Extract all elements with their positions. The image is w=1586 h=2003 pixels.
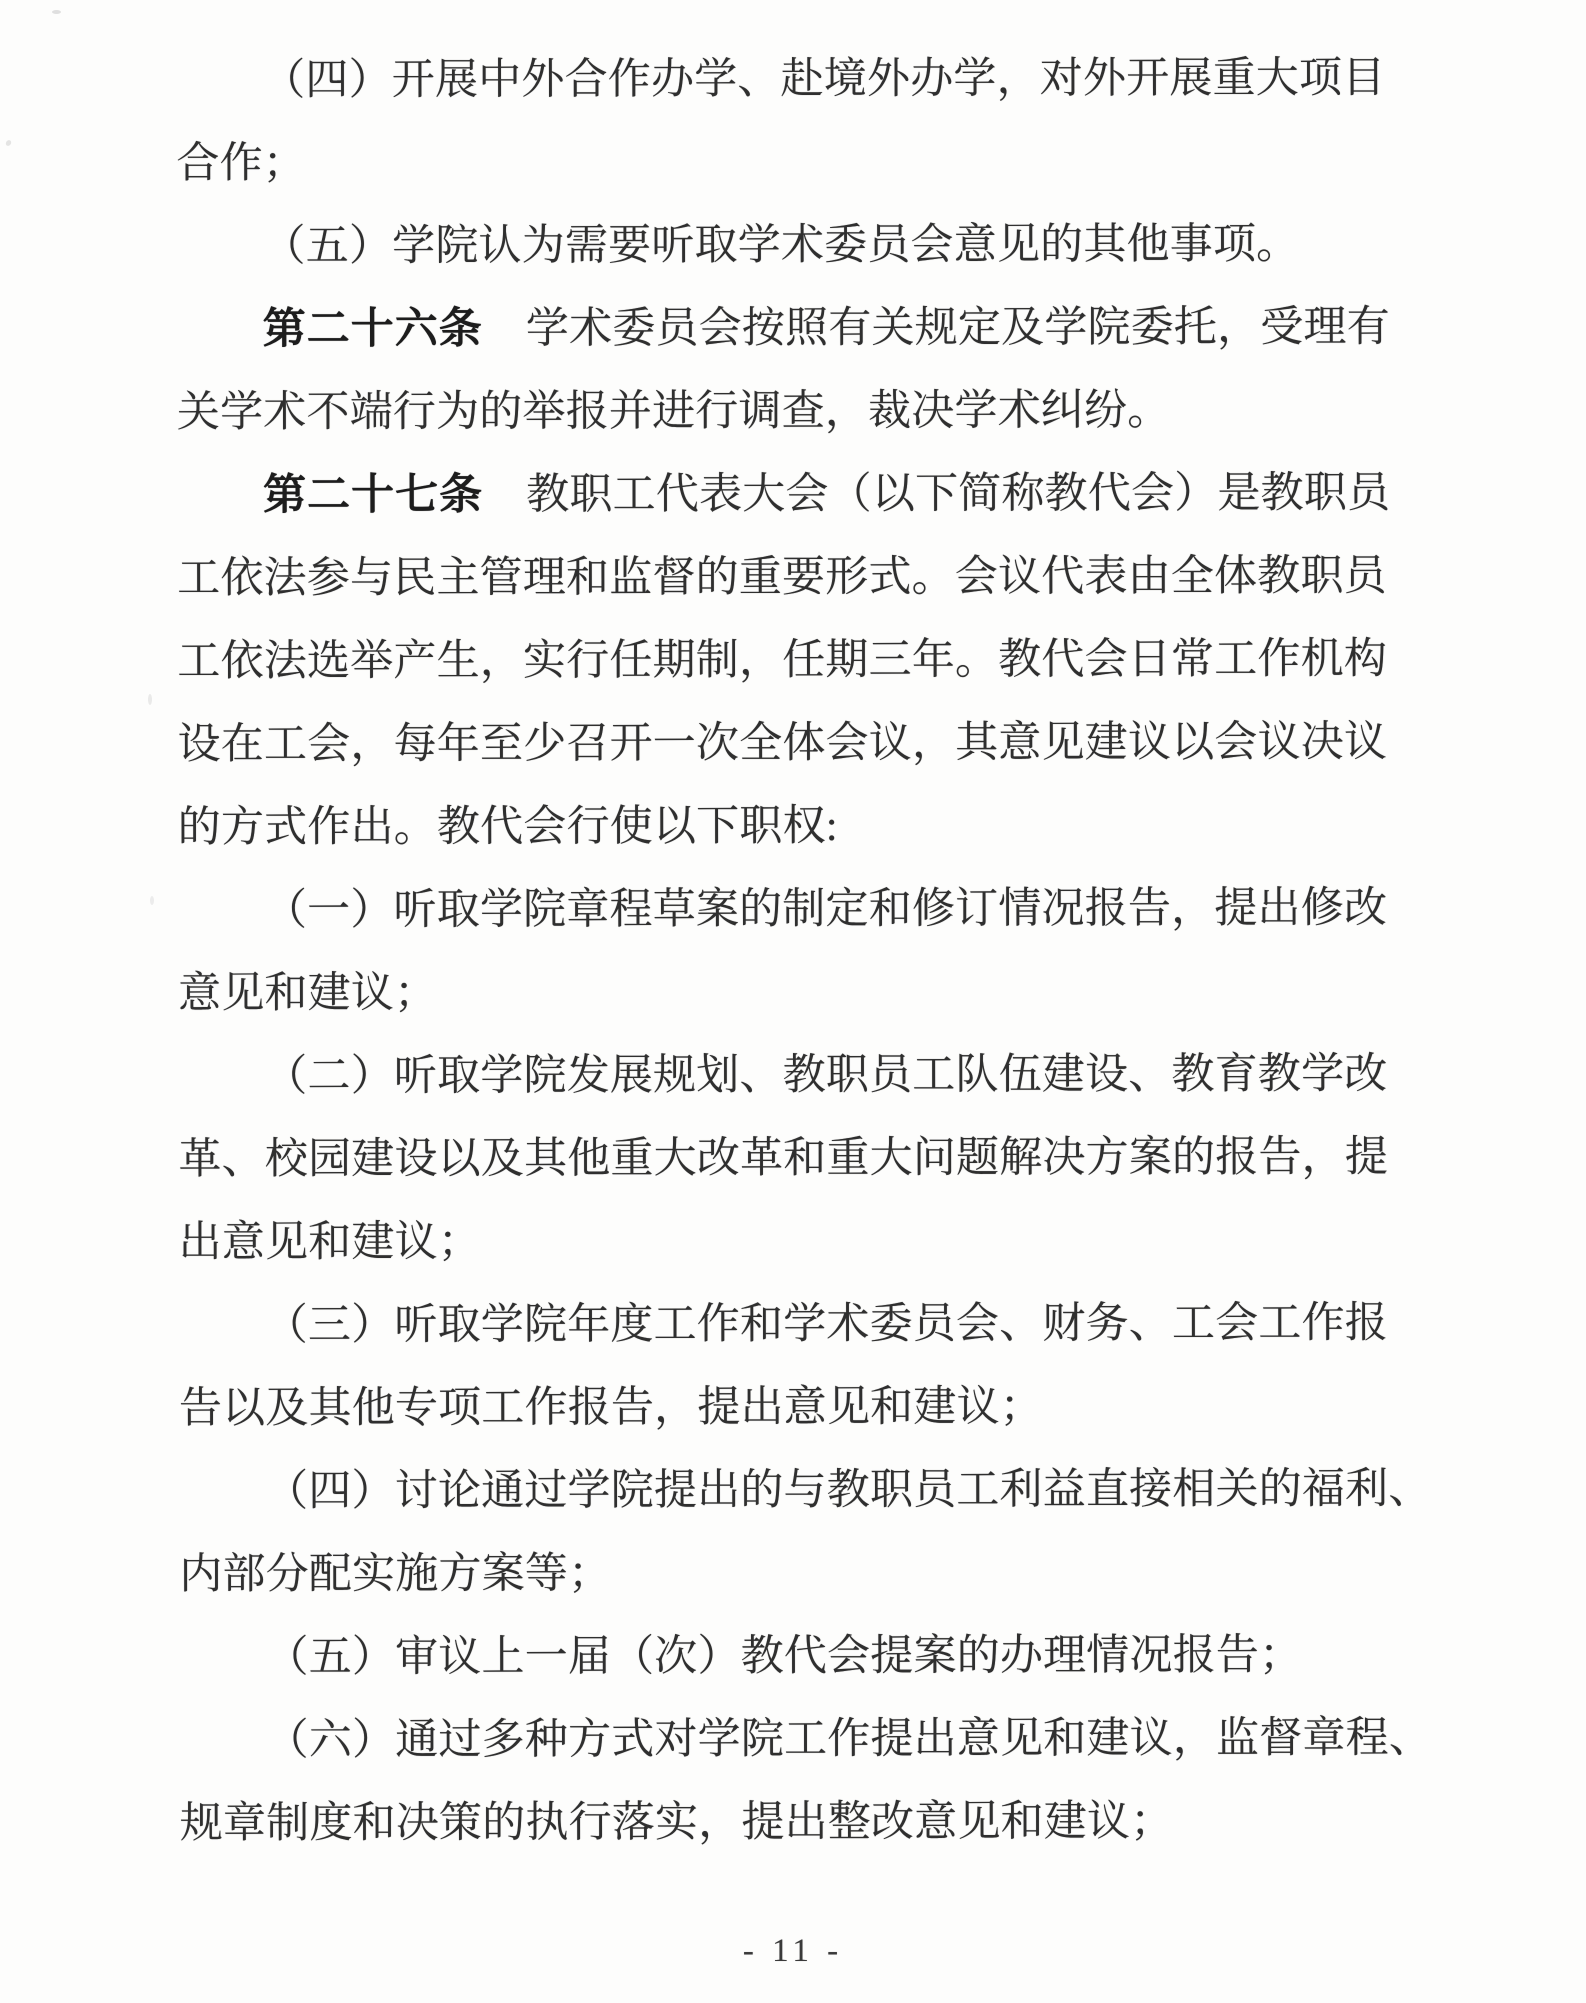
text-run: （一）听取学院章程草案的制定和修订情况报告，提出修改 [264, 885, 1387, 934]
text-line: （五）审议上一届（次）教代会提案的办理情况报告； [179, 1614, 1391, 1700]
text-run: （五）学院认为需要听取学术委员会意见的其他事项。 [262, 221, 1299, 270]
text-run: 教职工代表大会（以下简称教代会）是教职员 [483, 470, 1390, 519]
scan-artifact [148, 694, 152, 705]
text-run: 告以及其他专项工作报告，提出意见和建议； [179, 1383, 1043, 1432]
document-page: （四）开展中外合作办学、赴境外办学，对外开展重大项目合作；（五）学院认为需要听取… [0, 0, 1586, 2003]
text-line: 的方式作出。教代会行使以下职权: [178, 784, 1390, 870]
text-line: （四）开展中外合作办学、赴境外办学，对外开展重大项目 [176, 37, 1388, 123]
text-run: （五）审议上一届（次）教代会提案的办理情况报告； [265, 1632, 1302, 1681]
text-line: 内部分配实施方案等； [179, 1531, 1391, 1617]
text-line: 关学术不端行为的举报并进行调查，裁决学术纠纷。 [177, 369, 1389, 455]
text-run: 出意见和建议； [179, 1219, 482, 1267]
scan-artifact [52, 10, 61, 14]
document-text-block: （四）开展中外合作办学、赴境外办学，对外开展重大项目合作；（五）学院认为需要听取… [176, 37, 1392, 1866]
text-line: 合作； [176, 120, 1388, 206]
text-line: 第二十六条 学术委员会按照有关规定及学院委托，受理有 [177, 286, 1389, 372]
text-line: 第二十七条 教职工代表大会（以下简称教代会）是教职员 [177, 452, 1389, 538]
article-number: 第二十六条 [263, 305, 483, 353]
scan-artifact [5, 139, 13, 147]
text-run: 意见和建议； [178, 970, 437, 1018]
text-run: 规章制度和决策的执行落实，提出整改意见和建议； [180, 1798, 1174, 1847]
text-run: 革、校园建设以及其他重大改革和重大问题解决方案的报告，提 [178, 1134, 1388, 1184]
text-run: 工依法参与民主管理和监督的重要形式。会议代表由全体教职员 [177, 553, 1387, 603]
page-number: - 11 - [0, 1926, 1586, 1976]
text-line: （三）听取学院年度工作和学术委员会、财务、工会工作报 [179, 1282, 1391, 1368]
text-line: （六）通过多种方式对学院工作提出意见和建议，监督章程、 [180, 1697, 1392, 1783]
text-run: 工依法选举产生，实行任期制，任期三年。教代会日常工作机构 [177, 636, 1387, 686]
text-run: （四）讨论通过学院提出的与教职员工利益直接相关的福利、 [265, 1466, 1432, 1515]
text-run: 学术委员会按照有关规定及学院委托，受理有 [483, 304, 1390, 353]
text-run: 内部分配实施方案等； [179, 1550, 611, 1598]
text-line: 革、校园建设以及其他重大改革和重大问题解决方案的报告，提 [178, 1116, 1390, 1202]
text-line: 设在工会，每年至少召开一次全体会议，其意见建议以会议决议 [177, 701, 1389, 787]
text-run: （四）开展中外合作办学、赴境外办学，对外开展重大项目 [262, 55, 1385, 104]
text-run: 的方式作出。教代会行使以下职权: [178, 803, 838, 851]
scan-artifact [150, 896, 154, 905]
text-line: 工依法参与民主管理和监督的重要形式。会议代表由全体教职员 [177, 535, 1389, 621]
text-run: （三）听取学院年度工作和学术委员会、财务、工会工作报 [265, 1300, 1388, 1349]
text-line: 工依法选举产生，实行任期制，任期三年。教代会日常工作机构 [177, 618, 1389, 704]
text-run: （二）听取学院发展规划、教职员工队伍建设、教育教学改 [264, 1051, 1387, 1100]
text-line: 规章制度和决策的执行落实，提出整改意见和建议； [180, 1780, 1392, 1866]
text-run: 合作； [176, 140, 306, 187]
text-line: （五）学院认为需要听取学术委员会意见的其他事项。 [176, 203, 1388, 289]
text-line: （一）听取学院章程草案的制定和修订情况报告，提出修改 [178, 867, 1390, 953]
text-run: （六）通过多种方式对学院工作提出意见和建议，监督章程、 [266, 1715, 1433, 1764]
text-line: 告以及其他专项工作报告，提出意见和建议； [179, 1365, 1391, 1451]
text-line: 意见和建议； [178, 950, 1390, 1036]
text-line: 出意见和建议； [179, 1199, 1391, 1285]
text-run: 设在工会，每年至少召开一次全体会议，其意见建议以会议决议 [178, 719, 1388, 769]
text-run: 关学术不端行为的举报并进行调查，裁决学术纠纷。 [177, 387, 1171, 436]
text-line: （二）听取学院发展规划、教职员工队伍建设、教育教学改 [178, 1033, 1390, 1119]
article-number: 第二十七条 [263, 471, 483, 519]
text-line: （四）讨论通过学院提出的与教职员工利益直接相关的福利、 [179, 1448, 1391, 1534]
